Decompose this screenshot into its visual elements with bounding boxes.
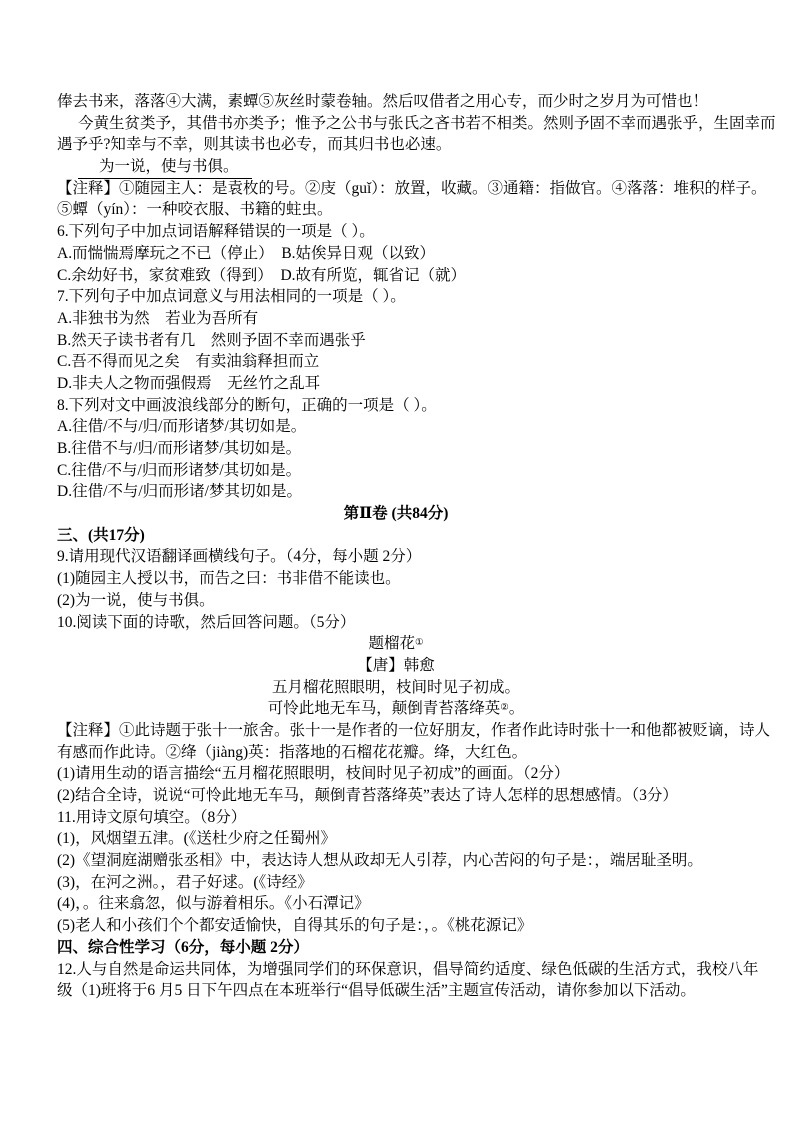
q9-stem: 9.请用现代汉语翻译画横线句子。（4分，每小题 2分） <box>57 546 735 568</box>
q10-sub-1: (1)请用生动的语言描绘“五月榴花照眼明，枝间时见子初成”的画面。（2分） <box>57 763 735 785</box>
q7-option-c: C.吾不得而见之矣 有卖油翁释担而立 <box>57 351 735 373</box>
passage-line-2: 今黄生贫类予，其借书亦类予；惟予之公书与张氏之吝书若不相类。然则予固不幸而遇张乎… <box>57 113 735 135</box>
poem-line-2: 可怜此地无车马，颠倒青苔落绛英 <box>268 700 501 717</box>
passage-line-1: 俸去书来，落落④大满，素蟫⑤灰丝时蒙卷轴。然后叹借者之用心专，而少时之岁月为可惜… <box>57 91 735 113</box>
q11-item-2: (2)《望洞庭湖赠张丞相》中，表达诗人想从政却无人引荐，内心苦闷的句子是：，端居… <box>57 850 735 872</box>
underlined-sentence: 为一说，使与书俱。 <box>78 156 252 179</box>
q6-options-ab: A.而惴惴焉摩玩之不已（停止） B.姑俟异日观（以致） <box>57 243 735 265</box>
q11-item-1: (1)，风烟望五津。(《送杜少府之任蜀州》 <box>57 828 735 850</box>
q7-option-a: A.非独书为然 若业为吾所有 <box>57 308 735 330</box>
poem-author: 【唐】韩愈 <box>57 655 735 677</box>
q8-option-c: C.往借/不与/归而形诸梦/其切如是。 <box>57 460 735 482</box>
poem-title-line: 题榴花① <box>57 633 735 655</box>
q11-item-5: (5)老人和小孩们个个都安适愉快，自得其乐的句子是：，。《桃花源记》 <box>57 915 735 937</box>
q7-stem: 7.下列句子中加点词意义与用法相同的一项是（ ）。 <box>57 286 735 308</box>
q10-sub-2: (2)结合全诗，说说“可怜此地无车马，颠倒青苔落绛英”表达了诗人怎样的思想感情。… <box>57 785 735 807</box>
poem-line-2-period: 。 <box>509 700 525 717</box>
passage-notes-line-1: 【注释】①随园主人：是袁枚的号。②庋（guǐ）：放置，收藏。③通籍：指做官。④落… <box>57 178 735 200</box>
q8-option-b: B.往借不与/归/而形诸梦/其切如是。 <box>57 438 735 460</box>
passage-line-3: 遇予乎?知幸与不幸，则其读书也必专，而其归书也必速。 <box>57 134 735 156</box>
poem-line-2-note-ref: ② <box>500 703 509 713</box>
q10-stem: 10.阅读下面的诗歌，然后回答问题。（5分） <box>57 612 735 634</box>
q6-options-cd: C.余幼好书，家贫难致（得到） D.故有所览，辄省记（就） <box>57 265 735 287</box>
q11-item-3: (3)，在河之洲。，君子好逑。(《诗经》 <box>57 872 735 894</box>
poem-line-1: 五月榴花照眼明，枝间时见子初成。 <box>57 677 735 699</box>
q7-option-d: D.非夫人之物而强假焉 无丝竹之乱耳 <box>57 373 735 395</box>
q6-stem: 6.下列句子中加点词语解释错误的一项是（ ）。 <box>57 221 735 243</box>
part2-header: 第Ⅱ卷 (共84分) <box>57 503 735 525</box>
passage-line-underlined: 为一说，使与书俱。 <box>57 156 735 178</box>
q10-notes-line-2: 有感而作此诗。②绛（jiàng)英：指落地的石榴花花瓣。绛，大红色。 <box>57 742 735 764</box>
exam-page: 俸去书来，落落④大满，素蟫⑤灰丝时蒙卷轴。然后叹借者之用心专，而少时之岁月为可惜… <box>0 0 794 1123</box>
section3-header: 三、(共17分) <box>57 525 735 547</box>
q12-line-2: 级（1)班将于6 月5 日下午四点在本班举行“倡导低碳生活”主题宣传活动，请你参… <box>57 980 735 1002</box>
q8-option-d: D.往借/不与/归而形诸/梦其切如是。 <box>57 481 735 503</box>
q9-item-1: (1)随园主人授以书，而告之曰：书非借不能读也。 <box>57 568 735 590</box>
section4-header: 四、综合性学习（6分，每小题 2分） <box>57 937 735 959</box>
q10-notes-line-1: 【注释】①此诗题于张十一旅舍。张十一是作者的一位好朋友，作者作此诗时张十一和他都… <box>57 720 735 742</box>
poem-title: 题榴花 <box>368 635 415 652</box>
poem-title-note-ref: ① <box>415 638 424 648</box>
q9-item-2: (2)为一说，使与书俱。 <box>57 590 735 612</box>
q7-option-b: B.然天子读书者有几 然则予固不幸而遇张乎 <box>57 330 735 352</box>
poem-line-2-wrap: 可怜此地无车马，颠倒青苔落绛英②。 <box>57 698 735 720</box>
q12-line-1: 12.人与自然是命运共同体，为增强同学们的环保意识，倡导简约适度、绿色低碳的生活… <box>57 959 735 981</box>
passage-notes-line-2: ⑤蟫（yín）：一种咬衣服、书籍的蛀虫。 <box>57 199 735 221</box>
q11-stem: 11.用诗文原句填空。（8分） <box>57 807 735 829</box>
q11-item-4: (4)，。往来翕忽，似与游着相乐。《小石潭记》 <box>57 893 735 915</box>
q8-option-a: A.往借/不与/归/而形诸梦/其切如是。 <box>57 416 735 438</box>
exam-content: 俸去书来，落落④大满，素蟫⑤灰丝时蒙卷轴。然后叹借者之用心专，而少时之岁月为可惜… <box>57 91 735 1002</box>
q8-stem: 8.下列对文中画波浪线部分的断句，正确的一项是（ ）。 <box>57 395 735 417</box>
